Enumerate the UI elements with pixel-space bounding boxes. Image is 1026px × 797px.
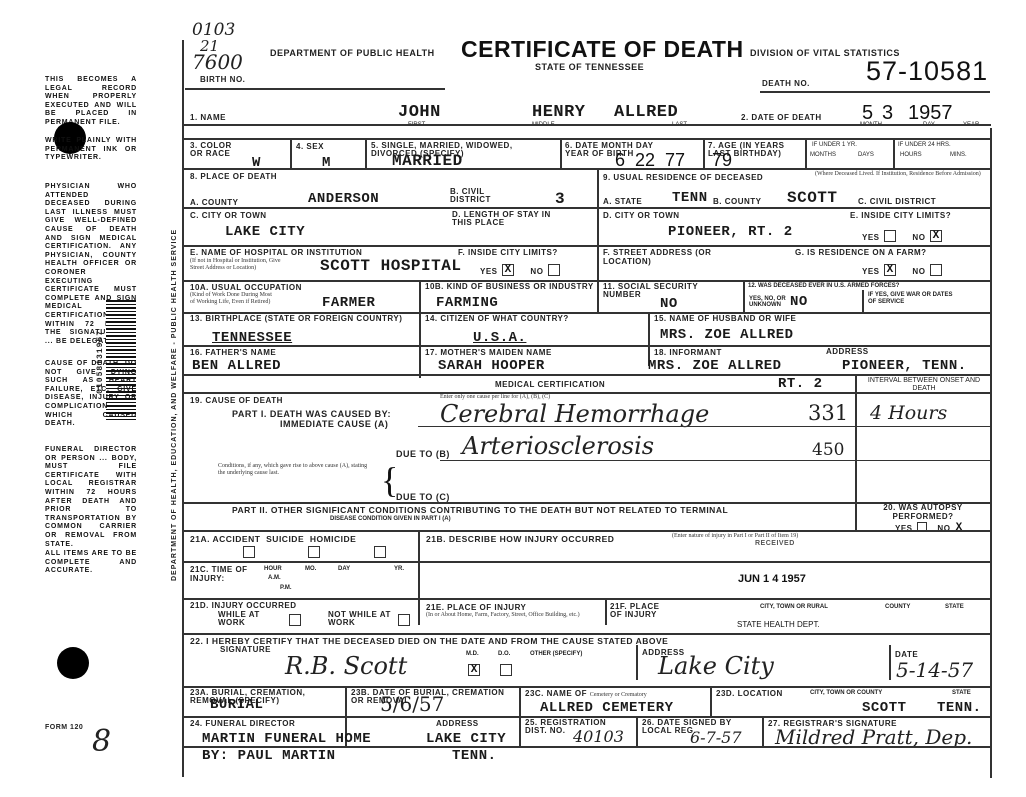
place-of-injury-label: 21E. PLACE OF INJURY (426, 603, 526, 612)
md-checkbox[interactable]: X (468, 664, 480, 676)
funeral-director-address: LAKE CITY (426, 731, 506, 747)
residence-label: 9. USUAL RESIDENCE OF DECEASED (603, 173, 763, 182)
armed-forces-note: IF YES, GIVE WAR OR DATES OF SERVICE (868, 292, 958, 306)
autopsy-group: YES NO X (895, 518, 963, 536)
farm-no-checkbox[interactable] (930, 264, 942, 276)
place-of-death-label: 8. PLACE OF DEATH (190, 172, 277, 181)
do-checkbox[interactable] (500, 664, 512, 676)
citizenship-value: U.S.A. (473, 330, 526, 346)
residence-city-label: D. CITY OR TOWN (603, 211, 680, 220)
notice-write-plainly: WRITE PLAINLY WITH PERMANENT INK OR TYPE… (45, 137, 137, 163)
armed-forces-label: 12. WAS DECEASED EVER IN U.S. ARMED FORC… (748, 283, 899, 289)
days-label: DAYS (858, 152, 874, 158)
cemetery-value: ALLRED CEMETERY (540, 700, 674, 716)
civil-district-label: B. CIVIL DISTRICT (450, 188, 520, 204)
residence-state-value: TENN (672, 190, 708, 206)
date-of-death-label: 2. DATE OF DEATH (741, 113, 822, 122)
autopsy-yes-label: YES (895, 524, 913, 533)
form-number: FORM 120 (45, 724, 83, 731)
medical-certification-label: MEDICAL CERTIFICATION (495, 380, 605, 389)
immediate-cause-label: IMMEDIATE CAUSE (A) (280, 419, 388, 429)
civil-district-caption: B. CIVIL DISTRICT (450, 187, 491, 204)
due-to-c-label: DUE TO (C) (396, 492, 450, 502)
cause-b-code: 450 (812, 440, 844, 460)
cemetery-sub-caption: Cemetery or Crematory (590, 692, 647, 698)
physician-signature: R.B. Scott (285, 652, 407, 680)
injury-county-label: COUNTY (885, 604, 910, 610)
inside-city-limits-group: YES X NO (480, 261, 560, 279)
funeral-director-value: MARTIN FUNERAL HOME (202, 731, 371, 747)
residence-inside-yes-checkbox[interactable] (884, 230, 896, 242)
father-value: BEN ALLRED (192, 358, 281, 374)
burial-location-state-label: STATE (952, 690, 971, 696)
occupation-value: FARMER (322, 295, 375, 311)
state-health-dept-stamp: STATE HEALTH DEPT. (737, 620, 820, 629)
length-of-stay-label: D. LENGTH OF STAY IN THIS PLACE (452, 211, 562, 227)
place-21f-label: 21F. PLACE OF INJURY (610, 603, 665, 619)
received-date-stamp: JUN 1 4 1957 (738, 573, 806, 585)
farm-label: G. IS RESIDENCE ON A FARM? (795, 248, 927, 257)
city-or-town-label: C. CITY OR TOWN (190, 211, 267, 220)
inside-city-limits-label: F. INSIDE CITY LIMITS? (458, 248, 558, 257)
farm-no-label: NO (912, 267, 925, 276)
do-label: D.O. (498, 651, 510, 657)
armed-forces-value: NO (790, 294, 808, 310)
due-to-b-label: DUE TO (B) (396, 449, 450, 459)
part2-label: PART II. OTHER SIGNIFICANT CONDITIONS CO… (232, 505, 728, 515)
city-rural-label: CITY, TOWN OR RURAL (760, 604, 828, 610)
other-specify-label: OTHER (SPECIFY) (530, 651, 582, 657)
funeral-director-by: BY: PAUL MARTIN (202, 748, 336, 764)
hospital-value: SCOTT HOSPITAL (320, 257, 461, 275)
burial-method-value: BURIAL (210, 697, 263, 713)
vertical-department-text: DEPARTMENT OF HEALTH, EDUCATION, AND WEL… (171, 195, 178, 615)
residence-county-value: SCOTT (787, 189, 838, 207)
residence-civil-district-label: C. CIVIL DISTRICT (858, 197, 936, 206)
residence-note: (Where Deceased Lived. If Institution, R… (815, 171, 985, 178)
conditions-note: Conditions, if any, which gave rise to a… (218, 463, 368, 477)
cause-b-value: Arteriosclerosis (462, 432, 654, 460)
occupation-label: 10A. USUAL OCCUPATION (190, 283, 302, 292)
interval-a-value: 4 Hours (870, 402, 947, 424)
social-security-value: NO (660, 296, 678, 312)
yes-label: YES (480, 267, 498, 276)
punch-hole-bottom (57, 647, 89, 679)
while-at-work-label: WHILE AT WORK (218, 611, 260, 627)
autopsy-no-label: NO (937, 524, 950, 533)
interval-label: INTERVAL BETWEEN ONSET AND DEATH (864, 377, 984, 393)
cemetery-caption: 23C. NAME OF (525, 689, 587, 698)
inside-city-no-checkbox[interactable] (548, 264, 560, 276)
registration-district-value: 40103 (573, 727, 624, 746)
burial-location-county: SCOTT (862, 700, 907, 716)
months-label: MONTHS (810, 152, 836, 158)
funeral-director-address-label: ADDRESS (436, 719, 479, 728)
cause-of-death-label: 19. CAUSE OF DEATH (190, 396, 283, 405)
while-at-work-checkbox[interactable] (289, 614, 301, 626)
inside-city-yes-checkbox[interactable]: X (502, 264, 514, 276)
describe-injury-label: 21B. DESCRIBE HOW INJURY OCCURRED (426, 534, 614, 544)
funeral-director-address-2: TENN. (452, 748, 497, 764)
hour-label: HOUR (264, 566, 282, 572)
certifier-address-value: Lake City (658, 652, 774, 680)
birth-number-label: BIRTH NO. (200, 75, 245, 84)
department-label: DEPARTMENT OF PUBLIC HEALTH (270, 48, 435, 58)
occupation-note: (Kind of Work Done During Most of Workin… (190, 292, 278, 306)
am-label: A.M. (268, 575, 281, 581)
spouse-value: MRS. ZOE ALLRED (660, 327, 794, 343)
day-label: DAY (338, 566, 350, 572)
middle-name-value: HENRY (532, 103, 586, 122)
informant-value: MRS. ZOE ALLRED (648, 358, 782, 374)
suicide-checkbox[interactable] (308, 546, 320, 558)
state-label: STATE OF TENNESSEE (535, 62, 644, 72)
handwritten-mark: 8 (92, 724, 111, 759)
date-of-death-day: 3 (882, 102, 893, 125)
hospital-note: (If not in Hospital or Institution, Give… (190, 258, 285, 272)
spouse-label: 15. NAME OF HUSBAND OR WIFE (654, 314, 796, 323)
burial-date-value: 5/6/57 (380, 692, 444, 716)
not-while-at-work-checkbox[interactable] (398, 614, 410, 626)
sex-label: 4. SEX (296, 142, 324, 151)
mother-value: SARAH HOOPER (438, 358, 545, 374)
injury-occurred-label: 21D. INJURY OCCURRED (190, 601, 296, 610)
residence-city-value: PIONEER, RT. 2 (668, 224, 793, 240)
mother-label: 17. MOTHER'S MAIDEN NAME (425, 348, 552, 357)
residence-no-label: NO (912, 233, 925, 242)
first-name-value: JOHN (398, 103, 441, 122)
father-label: 16. FATHER'S NAME (190, 348, 276, 357)
farm-group: YES X NO (862, 261, 942, 279)
residence-county-label: B. COUNTY (713, 197, 762, 206)
yr-label: YR. (394, 566, 404, 572)
county-label: A. COUNTY (190, 198, 239, 207)
pm-label: P.M. (280, 585, 292, 591)
residence-inside-limits-group: YES NO X (862, 227, 942, 245)
residence-inside-limits-label: E. INSIDE CITY LIMITS? (850, 211, 951, 220)
homicide-checkbox[interactable] (374, 546, 386, 558)
hospital-label: E. NAME OF HOSPITAL OR INSTITUTION (190, 248, 362, 257)
death-number-value: 57-10581 (866, 56, 988, 87)
burial-location-state: TENN. (937, 700, 982, 716)
county-value: ANDERSON (308, 191, 379, 207)
received-stamp: RECEIVED (755, 540, 795, 547)
cemetery-label: 23C. NAME OF Cemetery or Crematory (525, 689, 647, 699)
notice-funeral: FUNERAL DIRECTOR OR PERSON ... BODY, MUS… (45, 446, 137, 549)
part2-label-line2: DISEASE CONDITION GIVEN IN PART I (A) (330, 516, 451, 522)
farm-yes-checkbox[interactable]: X (884, 264, 896, 276)
birthplace-label: 13. BIRTHPLACE (State or Foreign Country… (190, 314, 402, 323)
injury-type-label: 21A. ACCIDENT SUICIDE HOMICIDE (190, 534, 356, 544)
informant-address-value: PIONEER, TENN. (842, 358, 967, 374)
citizenship-label: 14. CITIZEN OF WHAT COUNTRY? (425, 314, 569, 323)
birthplace-value: TENNESSEE (212, 330, 292, 346)
under-24-hours-label: IF UNDER 24 HRS. (898, 142, 951, 148)
immediate-cause-code: 331 (808, 401, 848, 425)
notice-cause: CAUSE OF DEATH. DO NOT GIVE DYING SUCH A… (45, 360, 137, 429)
residence-state-label: A. STATE (603, 197, 642, 206)
burial-location-label: 23D. LOCATION (716, 689, 783, 698)
injury-state-label: STATE (945, 604, 964, 610)
certify-date-value: 5-14-57 (896, 658, 973, 682)
last-name-value: ALLRED (614, 103, 678, 122)
informant-label: 18. INFORMANT (654, 348, 722, 357)
immediate-cause-value: Cerebral Hemorrhage (440, 400, 709, 428)
burial-location-sub: CITY, TOWN OR COUNTY (810, 690, 882, 696)
certificate-title: CERTIFICATE OF DEATH (461, 36, 744, 63)
mins-label: MINS. (950, 152, 967, 158)
death-number-label: DEATH NO. (762, 79, 810, 88)
place-of-injury-note: (In or About Home, Farm, Factory, Street… (426, 612, 601, 619)
notice-legal-record: THIS BECOMES A LEGAL RECORD WHEN PROPERL… (45, 76, 137, 128)
accident-checkbox[interactable] (243, 546, 255, 558)
time-of-injury-label: 21C. TIME OF INJURY: (190, 565, 250, 583)
street-address-label: F. STREET ADDRESS (OR LOCATION) (603, 248, 743, 266)
signature-label: SIGNATURE (220, 645, 271, 654)
under-1-year-label: IF UNDER 1 YR. (812, 142, 857, 148)
not-while-at-work-label: NOT WHILE AT WORK (328, 611, 398, 627)
mo-label: MO. (305, 566, 316, 572)
informant-address-line2: RT. 2 (778, 376, 823, 392)
birth-number-value: 7600 (192, 50, 243, 74)
farm-yes-label: YES (862, 267, 880, 276)
notice-complete: ALL ITEMS ARE TO BE COMPLETE AND ACCURAT… (45, 550, 137, 576)
informant-address-label: ADDRESS (826, 347, 869, 356)
no-label: NO (530, 267, 543, 276)
residence-yes-label: YES (862, 233, 880, 242)
describe-injury-note: (Enter nature of injury in Part I or Par… (672, 533, 798, 540)
part1-label: PART I. DEATH WAS CAUSED BY: (232, 409, 391, 419)
business-label: 10B. KIND OF BUSINESS OR INDUSTRY (425, 283, 595, 291)
funeral-director-label: 24. FUNERAL DIRECTOR (190, 719, 295, 728)
date-signed-value: 6-7-57 (690, 728, 742, 747)
length-of-stay-caption: D. LENGTH OF STAY IN THIS PLACE (452, 210, 551, 227)
business-value: FARMING (436, 295, 498, 311)
civil-district-value: 3 (555, 190, 565, 208)
residence-inside-no-checkbox[interactable]: X (930, 230, 942, 242)
city-or-town-value: LAKE CITY (225, 224, 305, 240)
hours-label: HOURS (900, 152, 922, 158)
md-label: M.D. (466, 651, 479, 657)
color-race-label: 3. COLOR OR RACE (190, 142, 245, 158)
color-race-caption: 3. COLOR OR RACE (190, 142, 245, 158)
name-label: 1. NAME (190, 113, 226, 122)
